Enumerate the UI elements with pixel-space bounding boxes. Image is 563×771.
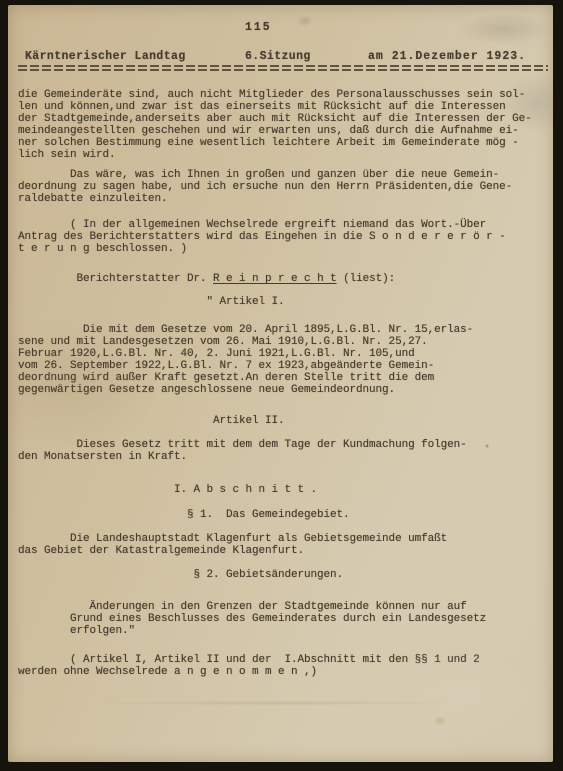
- paragraph-speech-continuation: die Gemeinderäte sind, auch nicht Mitgli…: [18, 89, 549, 161]
- paragraph-section-2-text: Änderungen in den Grenzen der Stadtgemei…: [18, 601, 549, 637]
- heading-artikel-1: " Artikel I.: [18, 296, 549, 308]
- header-divider-rule: [18, 65, 548, 72]
- header-assembly-name: Kärntnerischer Landtag: [25, 50, 186, 63]
- heading-section-1-gemeindegebiet: § 1. Das Gemeindegebiet.: [18, 509, 549, 521]
- reporter-name-underlined: R e i n p r e c h t: [213, 273, 337, 285]
- page-body: die Gemeinderäte sind, auch nicht Mitgli…: [18, 89, 549, 678]
- paragraph-artikel-2-text: Dieses Gesetz tritt mit dem dem Tage der…: [18, 439, 549, 463]
- scanner-background: { "colors": { "frame": "#16130d", "paper…: [0, 0, 563, 771]
- paragraph-reporter-line: Berichterstatter Dr. R e i n p r e c h t…: [18, 273, 549, 285]
- paragraph-adoption-note: ( Artikel I, Artikel II und der I.Abschn…: [18, 654, 549, 678]
- reporter-line-prefix: Berichterstatter Dr.: [18, 273, 213, 285]
- header-session-number: 6.Sitzung: [245, 50, 311, 63]
- header-session-date: am 21.Dezember 1923.: [368, 50, 526, 63]
- heading-abschnitt-1: I. A b s c h n i t t .: [18, 484, 549, 496]
- heading-artikel-2: Artikel II.: [18, 415, 549, 427]
- paragraph-section-1-text: Die Landeshauptstadt Klagenfurt als Gebi…: [18, 533, 549, 557]
- page-number: 115: [245, 21, 272, 34]
- heading-section-2-gebietsaenderungen: § 2. Gebietsänderungen.: [18, 569, 549, 581]
- paragraph-artikel-1-text: Die mit dem Gesetze vom 20. April 1895,L…: [18, 324, 549, 396]
- paragraph-procedure-note: ( In der allgemeinen Wechselrede ergreif…: [18, 219, 549, 255]
- paragraph-speech-closing: Das wäre, was ich Ihnen in großen und ga…: [18, 169, 549, 205]
- scanned-page: 115 Kärntnerischer Landtag 6.Sitzung am …: [8, 5, 553, 762]
- reporter-line-suffix: (liest):: [337, 273, 396, 285]
